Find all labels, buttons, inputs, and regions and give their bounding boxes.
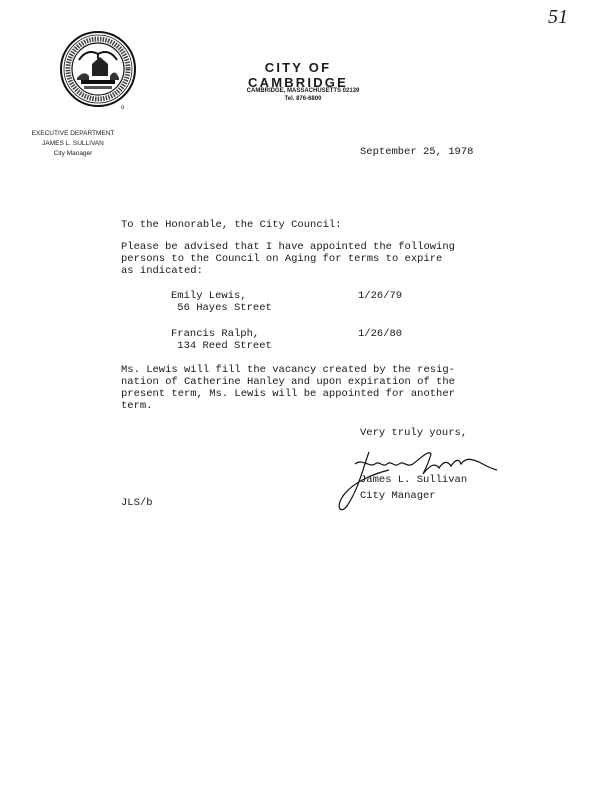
- reference-initials: JLS/b: [121, 497, 153, 509]
- letterhead-phone: Tel. 876-6800: [218, 95, 388, 103]
- department-block: EXECUTIVE DEPARTMENT JAMES L. SULLIVAN C…: [18, 129, 128, 159]
- letterhead-address: CAMBRIDGE, MASSACHUSETTS 02139: [218, 87, 388, 95]
- appointee-term: 1/26/80: [358, 328, 402, 340]
- letterhead-address-block: CAMBRIDGE, MASSACHUSETTS 02139 Tel. 876-…: [218, 87, 388, 103]
- page-number: 51: [548, 6, 568, 29]
- signer-title: City Manager: [360, 490, 467, 502]
- signer-name: James L. Sullivan: [360, 474, 467, 486]
- closing: Very truly yours,: [360, 427, 467, 439]
- letter-date: September 25, 1978: [360, 146, 473, 158]
- department-person: JAMES L. SULLIVAN: [18, 139, 128, 149]
- registered-mark: o: [121, 105, 124, 111]
- appointee-name: Francis Ralph,: [171, 328, 259, 340]
- appointee-address: 56 Hayes Street: [171, 302, 272, 314]
- letterhead-title: CITY OF CAMBRIDGE: [218, 60, 378, 90]
- department-title: City Manager: [18, 149, 128, 159]
- appointee-term: 1/26/79: [358, 290, 402, 302]
- body-paragraph-2: Ms. Lewis will fill the vacancy created …: [121, 364, 455, 412]
- appointee-address: 134 Reed Street: [171, 340, 272, 352]
- salutation: To the Honorable, the City Council:: [121, 219, 342, 231]
- city-seal-icon: [59, 30, 137, 108]
- appointee-name: Emily Lewis,: [171, 290, 247, 302]
- signer-block: James L. Sullivan City Manager: [360, 474, 467, 502]
- department-name: EXECUTIVE DEPARTMENT: [18, 129, 128, 139]
- body-paragraph-1: Please be advised that I have appointed …: [121, 241, 455, 277]
